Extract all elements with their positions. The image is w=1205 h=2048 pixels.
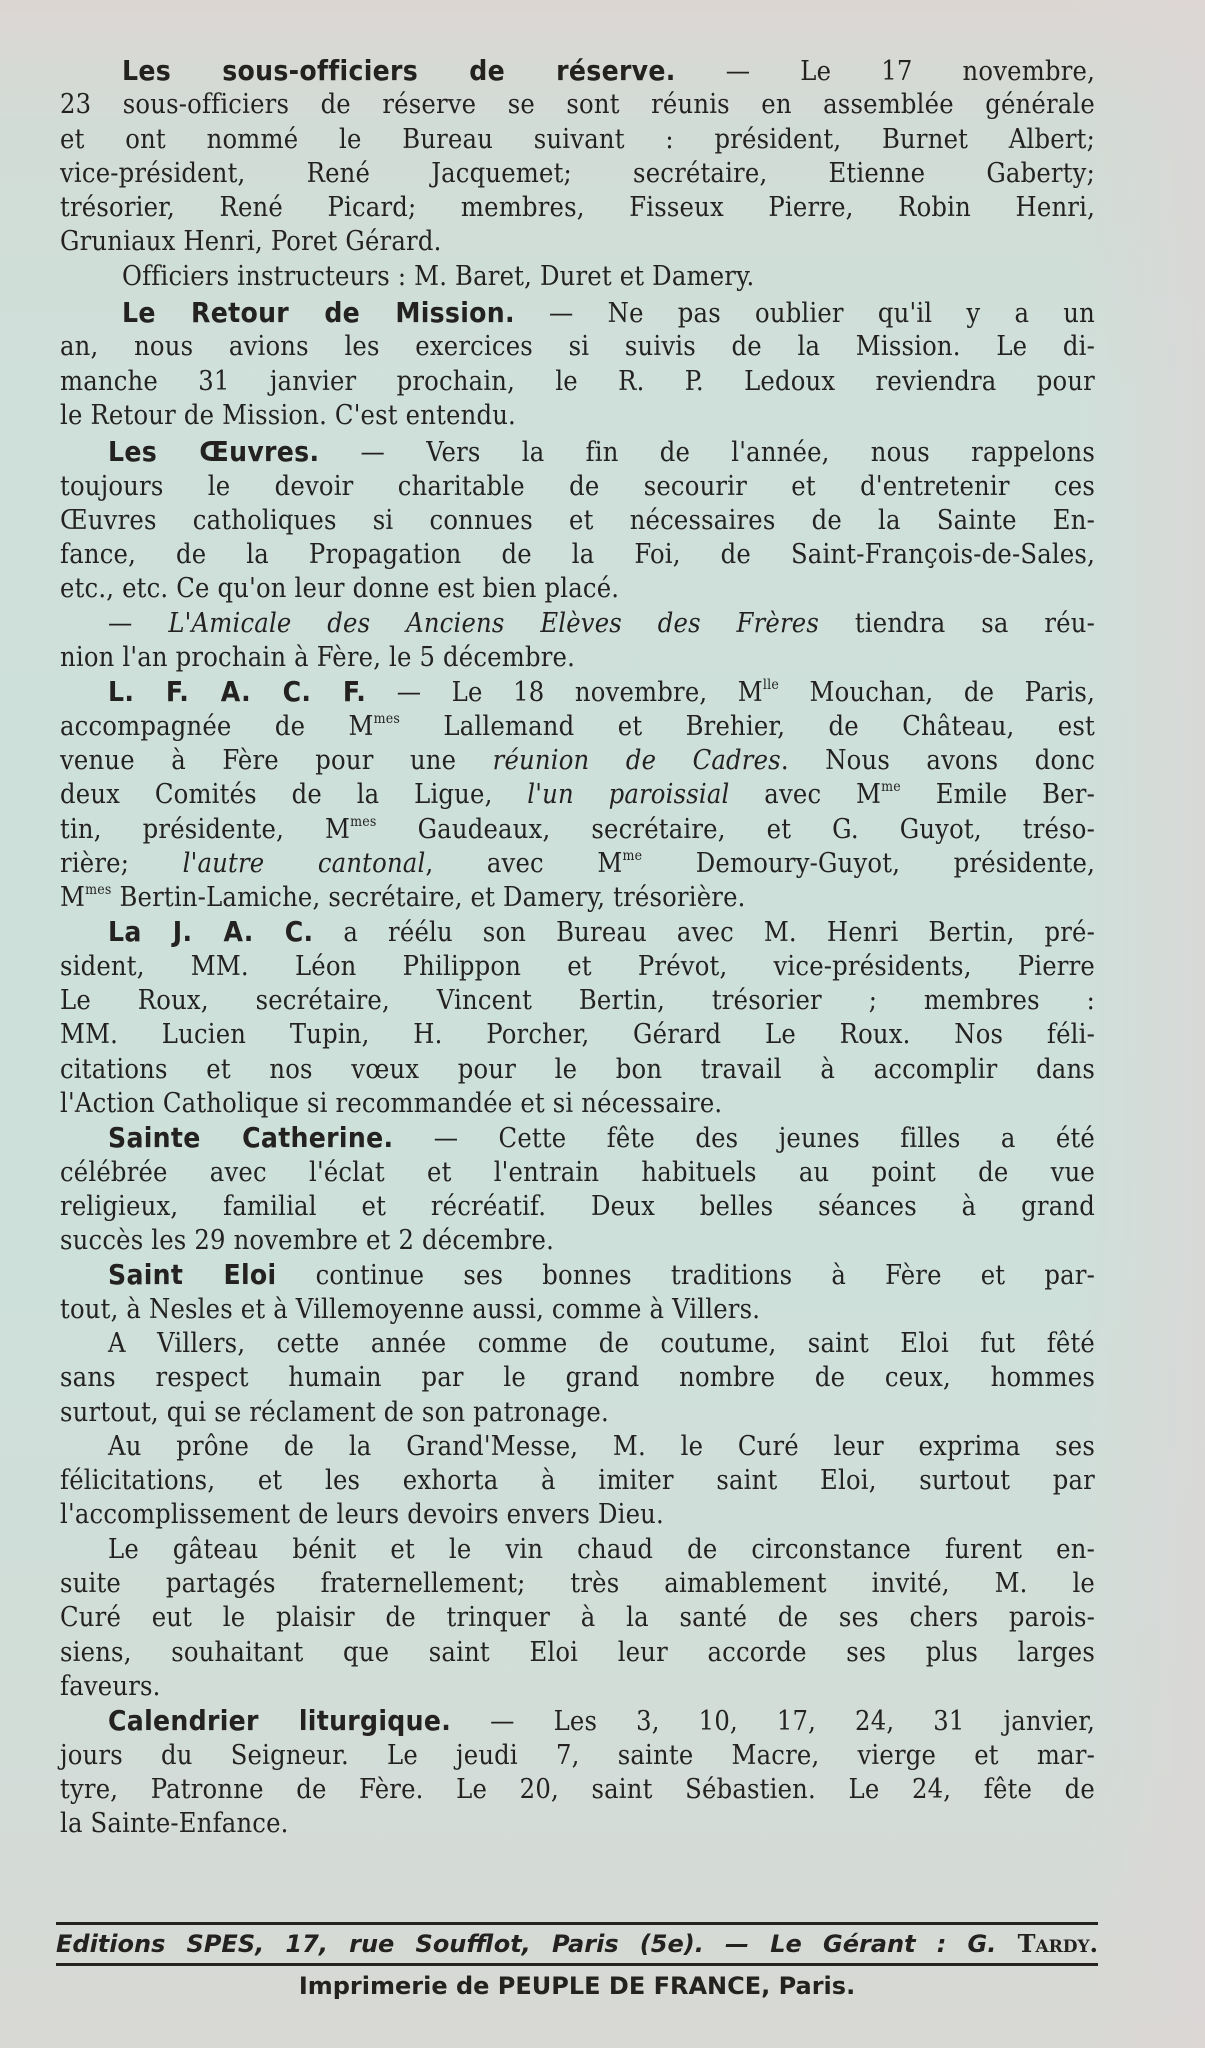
section-heading: Le Retour de Mission. (122, 296, 515, 329)
italic-span: l'un paroissial (527, 779, 729, 810)
text-span: — Le 17 novembre, (726, 56, 1095, 87)
text-line: fance, de la Propagation de la Foi, de S… (60, 538, 1095, 572)
section-heading: Sainte Catherine. (108, 1121, 393, 1154)
text-line: tout, à Nesles et à Villemoyenne aussi, … (60, 1293, 1095, 1327)
text-line: félicitations, et les exhorta à imiter s… (60, 1464, 1095, 1498)
text-line: surtout, qui se réclament de son patrona… (60, 1396, 1095, 1430)
text-span: avec M (730, 779, 882, 810)
text-span: Emile Ber- (901, 779, 1095, 810)
text-line: Les Œuvres. — Vers la fin de l'année, no… (60, 435, 1095, 469)
text-span: Bertin-Lamiche, secrétaire, et Damery, t… (112, 882, 746, 913)
text-line: sident, MM. Léon Philippon et Prévot, vi… (60, 950, 1095, 984)
text-span: — Vers la fin de l'année, nous rappelons (361, 437, 1095, 468)
text-span: Mouchan, de Paris, (779, 677, 1095, 708)
section-heading: Saint Eloi (108, 1258, 276, 1291)
abbr-superscript: mes (85, 882, 111, 898)
abbr-superscript: mes (350, 814, 376, 830)
section-heading: Les sous-officiers de réserve. (122, 54, 676, 87)
printer-line: Imprimerie de PEUPLE DE FRANCE, Paris. (56, 1966, 1098, 2006)
section-heading: L. F. A. C. F. (108, 675, 366, 708)
text-line: Saint Eloi continue ses bonnes tradition… (60, 1258, 1095, 1292)
text-span: — Cette fête des jeunes filles a été (434, 1123, 1095, 1154)
text-line: l'Action Catholique si recommandée et si… (60, 1087, 1095, 1121)
italic-span: l'autre cantonal (183, 848, 426, 879)
text-span: — (108, 608, 168, 639)
text-span: venue à Fère pour une (60, 745, 493, 776)
text-line: suite partagés fraternellement; très aim… (60, 1567, 1095, 1601)
text-line: tin, présidente, Mmes Gaudeaux, secrétai… (60, 813, 1095, 847)
text-span: tin, présidente, M (60, 814, 350, 845)
text-line: etc., etc. Ce qu'on leur donne est bien … (60, 572, 1095, 606)
text-line: l'accomplissement de leurs devoirs enver… (60, 1498, 1095, 1532)
text-line: Les sous-officiers de réserve. — Le 17 n… (60, 54, 1095, 88)
text-line: siens, souhaitant que saint Eloi leur ac… (60, 1636, 1095, 1670)
text-line: L. F. A. C. F. — Le 18 novembre, Mlle Mo… (60, 675, 1095, 709)
section-sainte-catherine: Sainte Catherine. — Cette fête des jeune… (60, 1121, 1095, 1258)
text-line: deux Comités de la Ligue, l'un paroissia… (60, 778, 1095, 812)
text-line: nion l'an prochain à Fère, le 5 décembre… (60, 641, 1095, 675)
text-line: Mmes Bertin-Lamiche, secrétaire, et Dame… (60, 881, 1095, 915)
text-span: a réélu son Bureau avec M. Henri Bertin,… (343, 917, 1095, 948)
text-line: A Villers, cette année comme de coutume,… (60, 1327, 1095, 1361)
text-line: trésorier, René Picard; membres, Fisseux… (60, 191, 1095, 225)
text-span: — Les 3, 10, 17, 24, 31 janvier, (490, 1706, 1095, 1737)
text-line: Le Retour de Mission. — Ne pas oublier q… (60, 296, 1095, 330)
colophon: Editions SPES, 17, rue Soufflot, Paris (… (56, 1922, 1098, 2006)
section-heading: La J. A. C. (108, 915, 313, 948)
text-span: continue ses bonnes traditions à Fère et… (316, 1260, 1095, 1291)
section-sous-officiers: Les sous-officiers de réserve. — Le 17 n… (60, 54, 1095, 294)
article-column: Les sous-officiers de réserve. — Le 17 n… (60, 54, 1095, 1841)
text-line: Au prône de la Grand'Messe, M. le Curé l… (60, 1430, 1095, 1464)
text-span: M (60, 882, 85, 913)
text-line: Le Roux, secrétaire, Vincent Bertin, tré… (60, 984, 1095, 1018)
text-span: rière; (60, 848, 183, 879)
text-line: Officiers instructeurs : M. Baret, Duret… (60, 260, 1095, 294)
text-span: Gaudeaux, secrétaire, et G. Guyot, tréso… (377, 814, 1095, 845)
abbr-superscript: me (622, 848, 642, 864)
section-les-oeuvres: Les Œuvres. — Vers la fin de l'année, no… (60, 435, 1095, 675)
manager-name: Tardy. (1018, 1929, 1098, 1958)
text-line: sans respect humain par le grand nombre … (60, 1361, 1095, 1395)
section-heading: Calendrier liturgique. (108, 1704, 451, 1737)
text-line: MM. Lucien Tupin, H. Porcher, Gérard Le … (60, 1018, 1095, 1052)
text-line: manche 31 janvier prochain, le R. P. Led… (60, 365, 1095, 399)
text-line: tyre, Patronne de Fère. Le 20, saint Séb… (60, 1773, 1095, 1807)
abbr-superscript: lle (763, 677, 779, 693)
text-line: Calendrier liturgique. — Les 3, 10, 17, … (60, 1704, 1095, 1738)
text-line: — L'Amicale des Anciens Elèves des Frère… (60, 607, 1095, 641)
section-jac: La J. A. C. a réélu son Bureau avec M. H… (60, 915, 1095, 1121)
text-span: — Le 18 novembre, M (397, 677, 763, 708)
publisher-text: Editions SPES, 17, rue Soufflot, Paris (… (56, 1930, 996, 1958)
text-line: rière; l'autre cantonal, avec Mme Demour… (60, 847, 1095, 881)
section-calendrier-liturgique: Calendrier liturgique. — Les 3, 10, 17, … (60, 1704, 1095, 1841)
text-line: religieux, familial et récréatif. Deux b… (60, 1190, 1095, 1224)
text-line: célébrée avec l'éclat et l'entrain habit… (60, 1156, 1095, 1190)
text-line: venue à Fère pour une réunion de Cadres.… (60, 744, 1095, 778)
section-heading: Les Œuvres. (108, 435, 319, 468)
section-retour-de-mission: Le Retour de Mission. — Ne pas oublier q… (60, 296, 1095, 433)
text-line: Œuvres catholiques si connues et nécessa… (60, 504, 1095, 538)
text-span: , avec M (425, 848, 622, 879)
text-line: La J. A. C. a réélu son Bureau avec M. H… (60, 915, 1095, 949)
text-line: et ont nommé le Bureau suivant : préside… (60, 123, 1095, 157)
text-line: succès les 29 novembre et 2 décembre. (60, 1224, 1095, 1258)
text-line: Curé eut le plaisir de trinquer à la san… (60, 1601, 1095, 1635)
text-span: tiendra sa réu- (819, 608, 1095, 639)
text-span: Demoury-Guyot, présidente, (642, 848, 1095, 879)
text-span: deux Comités de la Ligue, (60, 779, 527, 810)
text-span: . Nous avons donc (781, 745, 1095, 776)
abbr-superscript: me (881, 779, 901, 795)
abbr-superscript: mes (374, 711, 400, 727)
text-span: accompagnée de M (60, 711, 374, 742)
text-line: jours du Seigneur. Le jeudi 7, sainte Ma… (60, 1739, 1095, 1773)
publisher-line: Editions SPES, 17, rue Soufflot, Paris (… (56, 1925, 1098, 1963)
text-span: — Ne pas oublier qu'il y a un (549, 298, 1095, 329)
text-line: Le gâteau bénit et le vin chaud de circo… (60, 1533, 1095, 1567)
text-line: la Sainte-Enfance. (60, 1807, 1095, 1841)
text-span: Lallemand et Brehier, de Château, est (400, 711, 1095, 742)
italic-org-name: L'Amicale des Anciens Elèves des Frères (168, 608, 819, 639)
text-line: vice-président, René Jacquemet; secrétai… (60, 157, 1095, 191)
section-lfacf: L. F. A. C. F. — Le 18 novembre, Mlle Mo… (60, 675, 1095, 915)
italic-span: réunion de Cadres (493, 745, 781, 776)
text-line: Gruniaux Henri, Poret Gérard. (60, 225, 1095, 259)
text-line: an, nous avions les exercices si suivis … (60, 330, 1095, 364)
text-line: toujours le devoir charitable de secouri… (60, 470, 1095, 504)
text-line: citations et nos vœux pour le bon travai… (60, 1053, 1095, 1087)
text-line: accompagnée de Mmes Lallemand et Brehier… (60, 710, 1095, 744)
text-line: Sainte Catherine. — Cette fête des jeune… (60, 1121, 1095, 1155)
text-line: faveurs. (60, 1670, 1095, 1704)
text-line: le Retour de Mission. C'est entendu. (60, 399, 1095, 433)
text-line: 23 sous-officiers de réserve se sont réu… (60, 88, 1095, 122)
section-saint-eloi: Saint Eloi continue ses bonnes tradition… (60, 1258, 1095, 1704)
